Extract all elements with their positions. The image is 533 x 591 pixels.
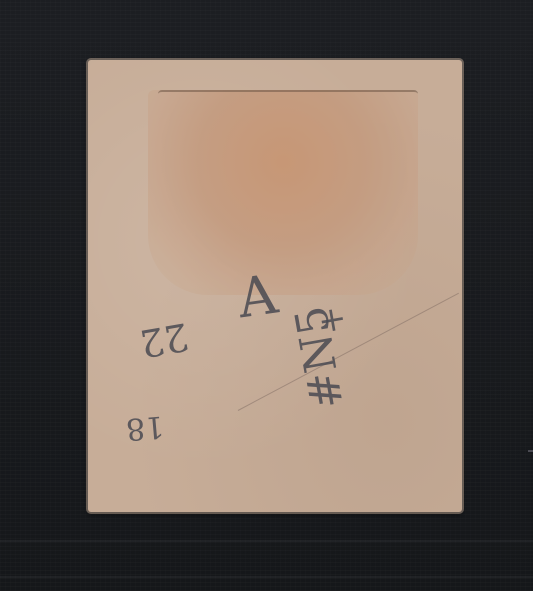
hinge-torn-edge — [158, 90, 418, 102]
pencil-dash — [528, 450, 533, 452]
stock-page-strip-line — [0, 540, 533, 542]
hinge-remnant — [148, 90, 418, 295]
stamp-reverse: A 22 #N5 18 + — [88, 60, 462, 512]
pencil-mark: 22 — [137, 314, 192, 366]
pencil-mark: + — [315, 298, 350, 342]
stock-page-strip-line — [0, 576, 533, 578]
pencil-mark: 18 — [125, 408, 166, 446]
